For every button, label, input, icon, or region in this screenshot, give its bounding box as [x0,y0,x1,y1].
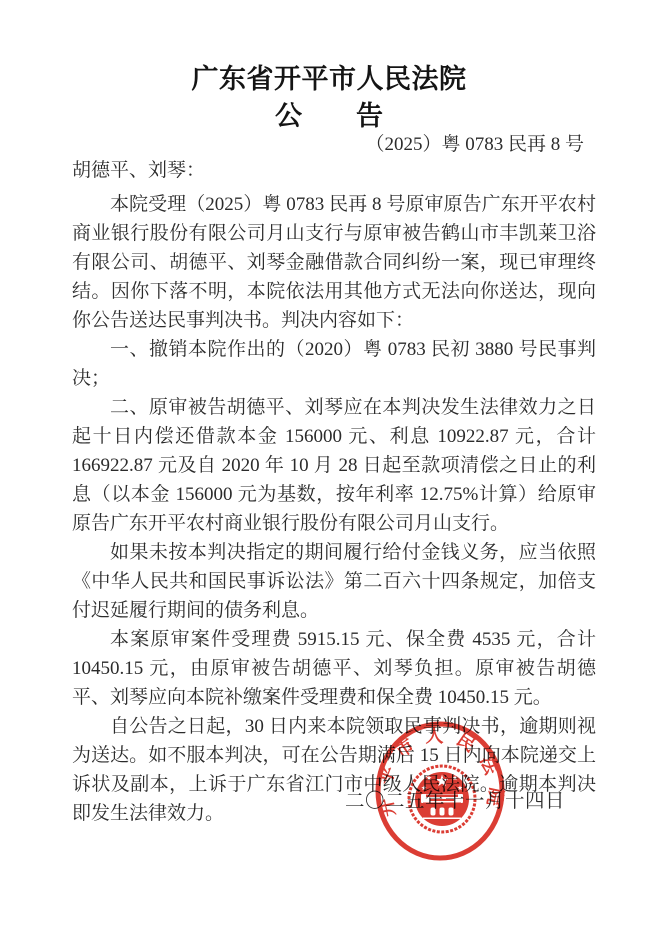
body-paragraph: 二、原审被告胡德平、刘琴应在本判决发生法律效力之日起十日内偿还借款本金 1560… [72,393,596,538]
document-page: 广东省开平市人民法院 公 告 （2025）粤 0783 民再 8 号 胡德平、刘… [0,0,658,931]
salutation: 胡德平、刘琴： [72,156,596,185]
body-paragraph: 本院受理（2025）粤 0783 民再 8 号原审原告广东开平农村商业银行股份有… [72,190,596,335]
body-paragraph: 如果未按本判决指定的期间履行给付金钱义务，应当依照《中华人民共和国民事诉讼法》第… [72,538,596,625]
court-seal: 开平市人民法院 [371,717,509,867]
case-number: （2025）粤 0783 民再 8 号 [365,129,584,156]
body-paragraph: 一、撤销本院作出的（2020）粤 0783 民初 3880 号民事判决； [72,335,596,393]
notice-title: 公 告 [0,94,658,133]
national-emblem-icon [409,766,475,832]
document-body: 胡德平、刘琴： 本院受理（2025）粤 0783 民再 8 号原审原告广东开平农… [72,156,596,828]
body-paragraph: 本案原审案件受理费 5915.15 元、保全费 4535 元，合计 10450.… [72,625,596,712]
court-name-title: 广东省开平市人民法院 [0,57,658,96]
